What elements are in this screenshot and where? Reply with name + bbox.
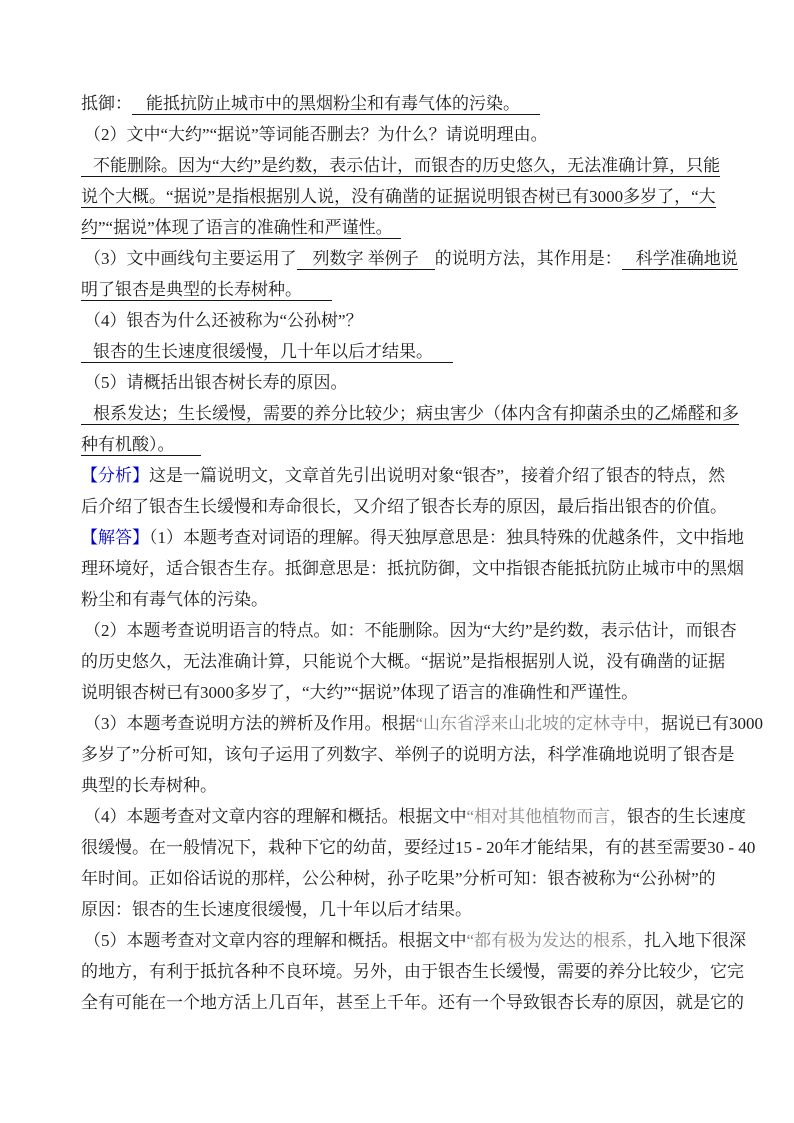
explanation-text: （3）本题考查说明方法的辨析及作用。根据: [84, 714, 416, 733]
explanation-5-line-2: 的地方，有利于抵抗各种不良环境。另外，由于银杏生长缓慢，需要的养分比较少，它完: [81, 956, 718, 987]
question-text: 的说明方法，其作用是：: [435, 249, 622, 268]
analysis-text: 这是一篇说明文，文章首先引出说明对象“银杏”，接着介绍了银杏的特点，然: [149, 466, 725, 485]
question-4: （4）银杏为什么还被称为“公孙树”？: [81, 305, 718, 336]
answer-5-line-1: 根系发达；生长缓慢，需要的养分比较少；病虫害少（体内含有抑菌杀虫的乙烯醛和多: [81, 398, 718, 429]
analysis-paragraph-line-2: 后介绍了银杏生长缓慢和寿命很长，又介绍了银杏长寿的原因，最后指出银杏的价值。: [81, 491, 718, 522]
explanation-text: 的地方，有利于抵抗各种不良环境。另外，由于银杏生长缓慢，需要的养分比较少，它完: [81, 962, 744, 981]
analysis-label: 【分析】: [81, 466, 149, 485]
explanation-5-line-3: 全有可能在一个地方活上几百年，甚至上千年。还有一个导致银杏长寿的原因，就是它的: [81, 987, 718, 1018]
explanation-text: 年时间。正如俗话说的那样，公公种树，孙子吃果”分析可知：银杏被称为“公孙树”的: [81, 869, 716, 888]
explanation-2-line-2: 的历史悠久，无法准确计算，只能说个大概。“据说”是指根据别人说，没有确凿的证据: [81, 646, 718, 677]
quoted-text: “山东省浮来山北坡的定林寺中，: [416, 714, 662, 733]
explanation-text: 原因：银杏的生长速度很缓慢，几十年以后才结果。: [81, 900, 472, 919]
answer-5-line-2: 种有机酸）。: [81, 429, 718, 460]
explanation-text: （2）本题考查说明语言的特点。如：不能删除。因为“大约”是约数，表示估计，而银杏: [84, 621, 737, 640]
explanation-3-line-3: 典型的长寿树种。: [81, 770, 718, 801]
explanation-text: 扎入地下很深: [644, 931, 746, 950]
explanation-3-line-2: 多岁了”分析可知，该句子运用了列数字、举例子的说明方法，科学准确地说明了银杏是: [81, 739, 718, 770]
question-text: （3）文中画线句主要运用了: [84, 249, 297, 268]
explanation-text: 很缓慢。在一般情况下，栽种下它的幼苗，要经过15 - 20年才能结果，有的甚至需…: [81, 838, 755, 857]
explanation-text: 粉尘和有毒气体的污染。: [81, 590, 268, 609]
explanation-2-line-3: 说明银杏树已有3000多岁了，“大约”“据说”体现了语言的准确性和严谨性。: [81, 677, 718, 708]
underlined-answer: 根系发达；生长缓慢，需要的养分比较少；病虫害少（体内含有抑菌杀虫的乙烯醛和多: [81, 404, 739, 425]
question-text: （2）文中“大约”“据说”等词能否删去？为什么？请说明理由。: [84, 125, 548, 144]
explanation-4-line-1: （4）本题考查对文章内容的理解和概括。根据文中“相对其他植物而言，银杏的生长速度: [81, 801, 718, 832]
explanation-text: 说明银杏树已有3000多岁了，“大约”“据说”体现了语言的准确性和严谨性。: [81, 683, 638, 702]
definition-term: 抵御：: [81, 94, 132, 113]
underlined-answer: 说个大概。“据说”是指根据别人说，没有确凿的证据说明银杏树已有3000多岁了，“…: [81, 187, 716, 208]
question-5: （5）请概括出银杏树长寿的原因。: [81, 367, 718, 398]
quoted-text: “相对其他植物而言，: [467, 807, 628, 826]
underlined-answer: 科学准确地说: [622, 249, 738, 270]
underlined-answer: 明了银杏是典型的长寿树种。: [81, 280, 332, 301]
explanation-label: 【解答】: [81, 528, 149, 547]
answer-3-continuation: 明了银杏是典型的长寿树种。: [81, 274, 718, 305]
explanation-4-line-4: 原因：银杏的生长速度很缓慢，几十年以后才结果。: [81, 894, 718, 925]
question-text: （5）请概括出银杏树长寿的原因。: [84, 373, 348, 392]
underlined-answer: 种有机酸）。: [81, 435, 201, 456]
underlined-answer: 不能删除。因为“大约”是约数，表示估计，而银杏的历史悠久，无法准确计算，只能: [81, 156, 720, 177]
underlined-answer: 约”“据说”体现了语言的准确性和严谨性。: [81, 218, 401, 239]
explanation-4-line-3: 年时间。正如俗话说的那样，公公种树，孙子吃果”分析可知：银杏被称为“公孙树”的: [81, 863, 718, 894]
document-page: 抵御：能抵抗防止城市中的黑烟粉尘和有毒气体的污染。 （2）文中“大约”“据说”等…: [0, 0, 794, 1123]
explanation-2-line-1: （2）本题考查说明语言的特点。如：不能删除。因为“大约”是约数，表示估计，而银杏: [81, 615, 718, 646]
explanation-text: 全有可能在一个地方活上几百年，甚至上千年。还有一个导致银杏长寿的原因，就是它的: [81, 993, 744, 1012]
quoted-text: “都有极为发达的根系，: [467, 931, 645, 950]
answer-4: 银杏的生长速度很缓慢，几十年以后才结果。: [81, 336, 718, 367]
explanation-text: 多岁了”分析可知，该句子运用了列数字、举例子的说明方法，科学准确地说明了银杏是: [81, 745, 735, 764]
explanation-5-line-1: （5）本题考查对文章内容的理解和概括。根据文中“都有极为发达的根系，扎入地下很深: [81, 925, 718, 956]
explanation-text: 理环境好，适合银杏生存。抵御意思是：抵抗防御，文中指银杏能抵抗防止城市中的黑烟: [81, 559, 744, 578]
analysis-text: 后介绍了银杏生长缓慢和寿命很长，又介绍了银杏长寿的原因，最后指出银杏的价值。: [81, 497, 727, 516]
explanation-text: 银杏的生长速度: [627, 807, 746, 826]
explanation-text: 的历史悠久，无法准确计算，只能说个大概。“据说”是指根据别人说，没有确凿的证据: [81, 652, 725, 671]
explanation-text: （1）本题考查对词语的理解。得天独厚意思是：独具特殊的优越条件，文中指地: [149, 528, 744, 547]
definition-diyu-answer-line: 抵御：能抵抗防止城市中的黑烟粉尘和有毒气体的污染。: [81, 88, 718, 119]
explanation-3-line-1: （3）本题考查说明方法的辨析及作用。根据“山东省浮来山北坡的定林寺中，据说已有3…: [81, 708, 718, 739]
explanation-1-line-2: 理环境好，适合银杏生存。抵御意思是：抵抗防御，文中指银杏能抵抗防止城市中的黑烟: [81, 553, 718, 584]
explanation-1-line-1: 【解答】（1）本题考查对词语的理解。得天独厚意思是：独具特殊的优越条件，文中指地: [81, 522, 718, 553]
analysis-paragraph-line-1: 【分析】这是一篇说明文，文章首先引出说明对象“银杏”，接着介绍了银杏的特点，然: [81, 460, 718, 491]
question-text: （4）银杏为什么还被称为“公孙树”？: [84, 311, 363, 330]
question-2: （2）文中“大约”“据说”等词能否删去？为什么？请说明理由。: [81, 119, 718, 150]
question-3-with-blanks: （3）文中画线句主要运用了列数字 举例子的说明方法，其作用是：科学准确地说: [81, 243, 718, 274]
answer-2-line-1: 不能删除。因为“大约”是约数，表示估计，而银杏的历史悠久，无法准确计算，只能: [81, 150, 718, 181]
explanation-text: 典型的长寿树种。: [81, 776, 217, 795]
explanation-4-line-2: 很缓慢。在一般情况下，栽种下它的幼苗，要经过15 - 20年才能结果，有的甚至需…: [81, 832, 718, 863]
explanation-text: （5）本题考查对文章内容的理解和概括。根据文中: [84, 931, 467, 950]
explanation-text: 据说已有3000: [661, 714, 763, 733]
underlined-answer: 列数字 举例子: [297, 249, 435, 270]
explanation-1-line-3: 粉尘和有毒气体的污染。: [81, 584, 718, 615]
underlined-answer: 银杏的生长速度很缓慢，几十年以后才结果。: [81, 342, 453, 363]
explanation-text: （4）本题考查对文章内容的理解和概括。根据文中: [84, 807, 467, 826]
answer-2-line-2: 说个大概。“据说”是指根据别人说，没有确凿的证据说明银杏树已有3000多岁了，“…: [81, 181, 718, 212]
answer-2-line-3: 约”“据说”体现了语言的准确性和严谨性。: [81, 212, 718, 243]
underlined-answer: 能抵抗防止城市中的黑烟粉尘和有毒气体的污染。: [132, 94, 540, 115]
